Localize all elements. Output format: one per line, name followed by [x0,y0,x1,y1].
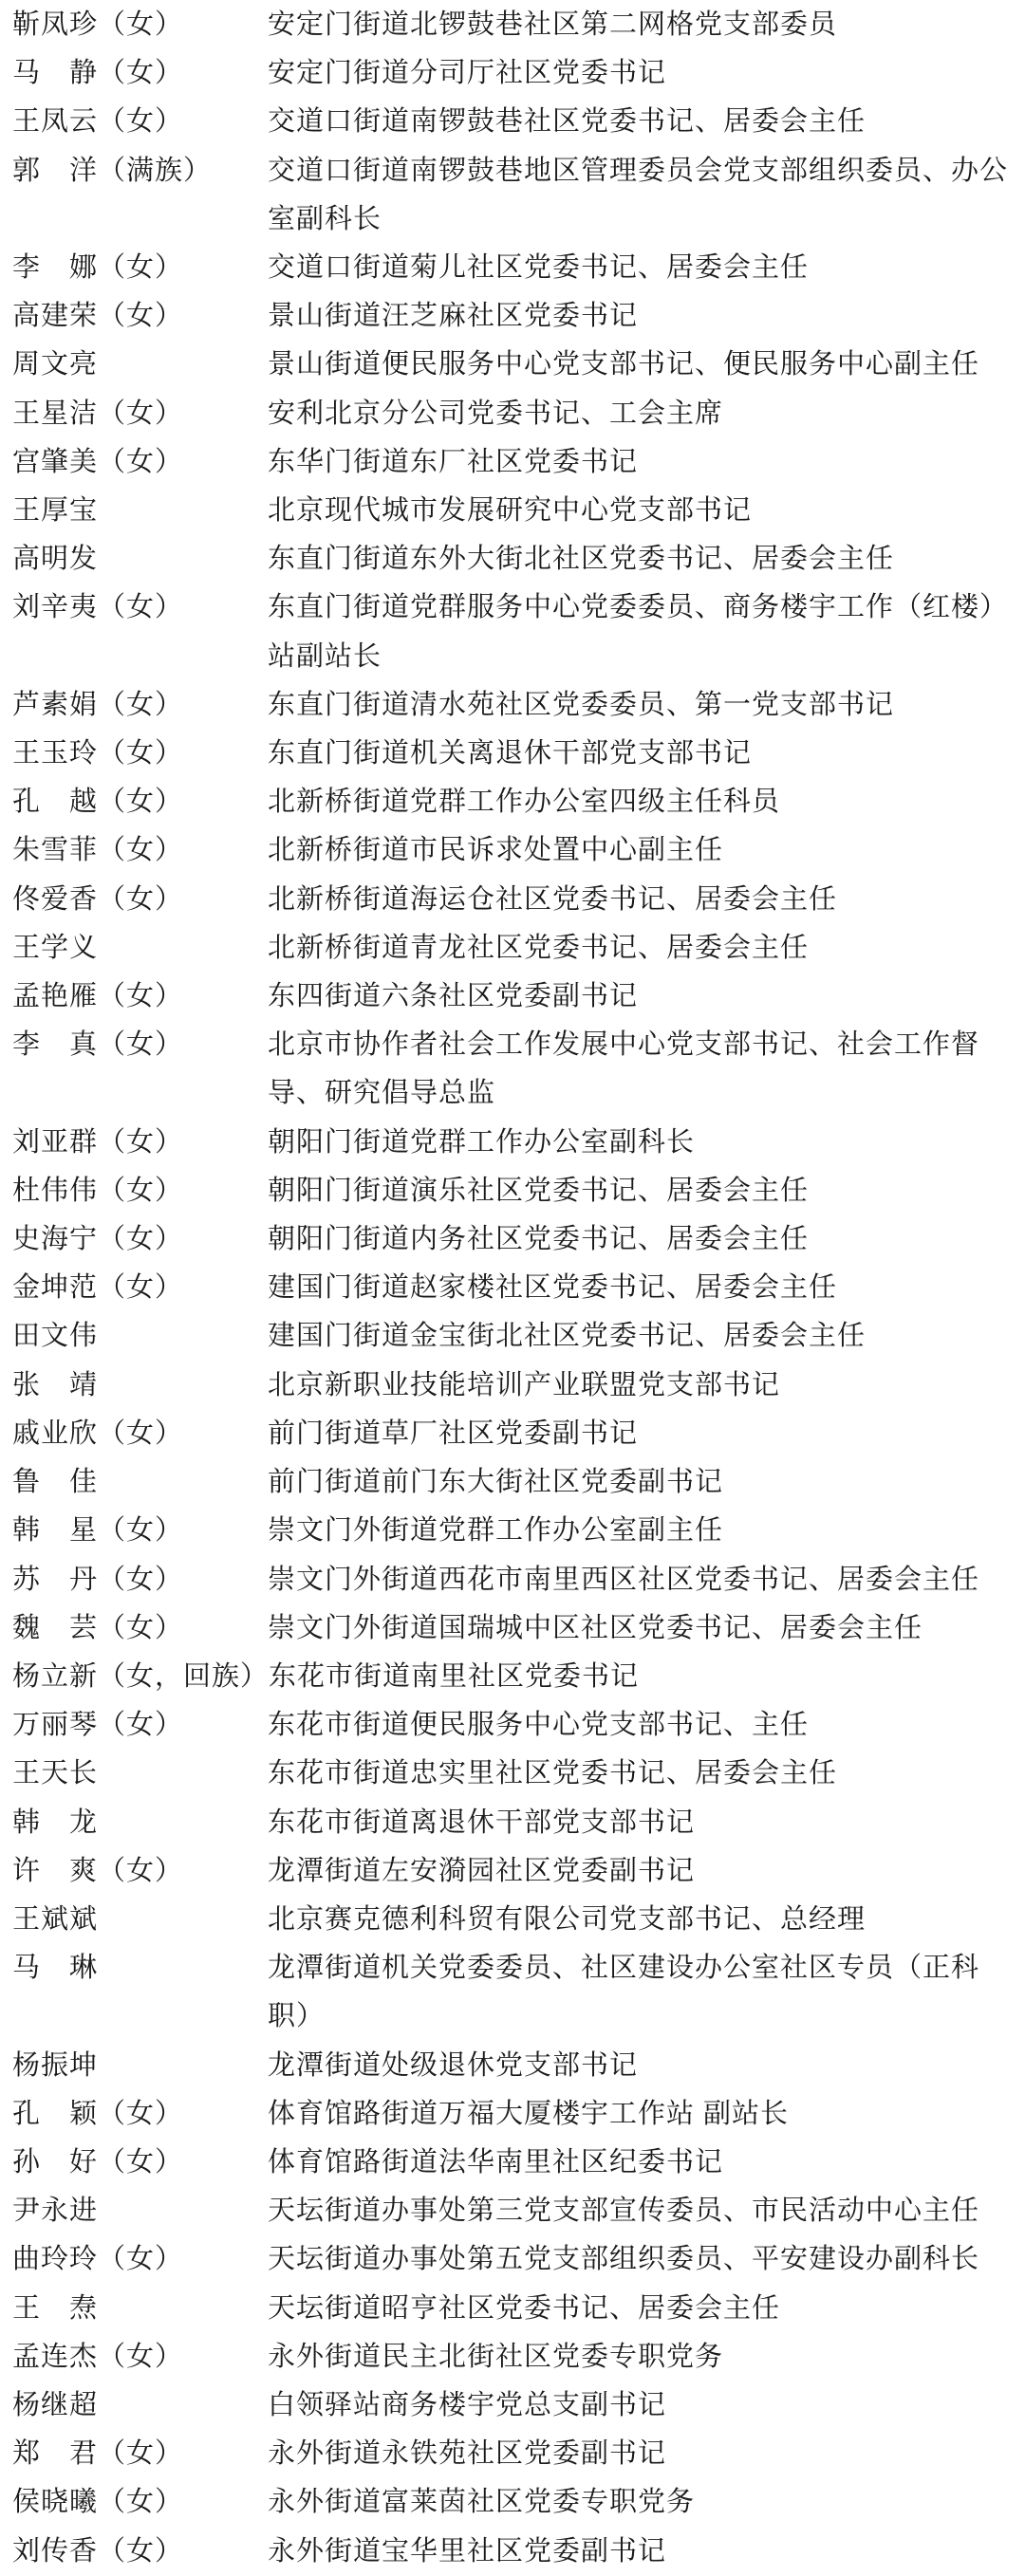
person-name: 王天长 [0,1750,268,1798]
roster-row: 韩 星（女） 崇文门外街道党群工作办公室副主任 [0,1507,1025,1555]
person-position: 北新桥街道青龙社区党委书记、居委会主任 [268,924,1025,973]
person-position: 体育馆路街道万福大厦楼宇工作站 副站长 [268,2090,1025,2139]
person-position: 北京现代城市发展研究中心党支部书记 [268,487,1025,535]
roster-row: 金坤范（女） 建国门街道赵家楼社区党委书记、居委会主任 [0,1264,1025,1312]
person-name: 韩 星（女） [0,1507,268,1555]
roster-row: 刘辛夷（女） 东直门街道党群服务中心党委委员、商务楼宇工作（红楼）站副站长 [0,584,1025,680]
person-name: 刘辛夷（女） [0,584,268,632]
roster-row: 郑 君（女） 永外街道永铁苑社区党委副书记 [0,2430,1025,2478]
person-position: 安定门街道北锣鼓巷社区第二网格党支部委员 [268,1,1025,49]
person-name: 许 爽（女） [0,1847,268,1896]
person-position: 朝阳门街道内务社区党委书记、居委会主任 [268,1215,1025,1264]
person-position: 龙潭街道左安漪园社区党委副书记 [268,1847,1025,1896]
person-name: 高建荣（女） [0,292,268,341]
person-position: 建国门街道金宝街北社区党委书记、居委会主任 [268,1312,1025,1361]
person-name: 孔 越（女） [0,778,268,826]
person-name: 金坤范（女） [0,1264,268,1312]
person-position: 朝阳门街道党群工作办公室副科长 [268,1119,1025,1167]
roster-row: 张 靖 北京新职业技能培训产业联盟党支部书记 [0,1362,1025,1410]
person-name: 魏 芸（女） [0,1604,268,1653]
roster-row: 戚业欣（女） 前门街道草厂社区党委副书记 [0,1410,1025,1458]
person-position: 北新桥街道市民诉求处置中心副主任 [268,826,1025,875]
roster-row: 侯晓曦（女） 永外街道富莱茵社区党委专职党务 [0,2478,1025,2527]
roster-row: 刘亚群（女） 朝阳门街道党群工作办公室副科长 [0,1119,1025,1167]
person-name: 马 琳 [0,1944,268,1992]
roster-row: 王星洁（女） 安利北京分公司党委书记、工会主席 [0,390,1025,438]
person-position: 北新桥街道海运仓社区党委书记、居委会主任 [268,876,1025,924]
person-name: 孙 好（女） [0,2139,268,2187]
person-name: 郑 君（女） [0,2430,268,2478]
roster-row: 田文伟 建国门街道金宝街北社区党委书记、居委会主任 [0,1312,1025,1361]
person-name: 苏 丹（女） [0,1556,268,1604]
person-name: 杜伟伟（女） [0,1167,268,1215]
person-name: 万丽琴（女） [0,1701,268,1750]
roster-row: 马 琳 龙潭街道机关党委委员、社区建设办公室社区专员（正科职） [0,1944,1025,2041]
person-position: 交道口街道菊儿社区党委书记、居委会主任 [268,244,1025,292]
person-position: 前门街道草厂社区党委副书记 [268,1410,1025,1458]
person-position: 永外街道富莱茵社区党委专职党务 [268,2478,1025,2527]
roster-row: 王玉玲（女） 东直门街道机关离退休干部党支部书记 [0,730,1025,778]
person-name: 尹永进 [0,2187,268,2235]
roster-row: 王厚宝 北京现代城市发展研究中心党支部书记 [0,487,1025,535]
person-name: 孟艳雁（女） [0,973,268,1021]
roster-row: 杨立新（女，回族） 东花市街道南里社区党委书记 [0,1653,1025,1701]
person-position: 天坛街道办事处第三党支部宣传委员、市民活动中心主任 [268,2187,1025,2235]
person-position: 崇文门外街道国瑞城中区社区党委书记、居委会主任 [268,1604,1025,1653]
person-position: 建国门街道赵家楼社区党委书记、居委会主任 [268,1264,1025,1312]
person-name: 王厚宝 [0,487,268,535]
person-position: 崇文门外街道西花市南里西区社区党委书记、居委会主任 [268,1556,1025,1604]
person-position: 景山街道便民服务中心党支部书记、便民服务中心副主任 [268,341,1025,389]
roster-row: 许 爽（女） 龙潭街道左安漪园社区党委副书记 [0,1847,1025,1896]
person-position: 东直门街道党群服务中心党委委员、商务楼宇工作（红楼）站副站长 [268,584,1025,680]
roster-row: 曲玲玲（女） 天坛街道办事处第五党支部组织委员、平安建设办副科长 [0,2235,1025,2284]
person-position: 北新桥街道党群工作办公室四级主任科员 [268,778,1025,826]
roster-row: 孟连杰（女） 永外街道民主北街社区党委专职党务 [0,2333,1025,2381]
person-position: 东花市街道忠实里社区党委书记、居委会主任 [268,1750,1025,1798]
person-name: 王学义 [0,924,268,973]
roster-row: 鲁 佳 前门街道前门东大街社区党委副书记 [0,1458,1025,1507]
roster-row: 王 焘 天坛街道昭亨社区党委书记、居委会主任 [0,2285,1025,2333]
roster-row: 孔 颖（女） 体育馆路街道万福大厦楼宇工作站 副站长 [0,2090,1025,2139]
person-name: 芦素娟（女） [0,681,268,730]
roster-row: 宫肇美（女） 东华门街道东厂社区党委书记 [0,438,1025,487]
person-name: 李 娜（女） [0,244,268,292]
person-name: 杨立新（女，回族） [0,1653,269,1701]
person-name: 朱雪菲（女） [0,826,268,875]
roster-list: 靳凤珍（女） 安定门街道北锣鼓巷社区第二网格党支部委员 马 静（女） 安定门街道… [0,1,1025,2576]
roster-row: 杨振坤 龙潭街道处级退休党支部书记 [0,2042,1025,2090]
roster-row: 靳凤珍（女） 安定门街道北锣鼓巷社区第二网格党支部委员 [0,1,1025,49]
person-position: 东直门街道清水苑社区党委委员、第一党支部书记 [268,681,1025,730]
person-name: 王凤云（女） [0,98,268,146]
roster-row: 韩 龙 东花市街道离退休干部党支部书记 [0,1799,1025,1847]
person-position: 东花市街道南里社区党委书记 [269,1653,1025,1701]
person-position: 东华门街道东厂社区党委书记 [268,438,1025,487]
roster-row: 王天长 东花市街道忠实里社区党委书记、居委会主任 [0,1750,1025,1798]
person-name: 孔 颖（女） [0,2090,268,2139]
roster-row: 杨继超 白领驿站商务楼宇党总支副书记 [0,2381,1025,2430]
person-position: 体育馆路街道法华南里社区纪委书记 [268,2139,1025,2187]
roster-row: 王凤云（女） 交道口街道南锣鼓巷社区党委书记、居委会主任 [0,98,1025,146]
roster-row: 尹永进 天坛街道办事处第三党支部宣传委员、市民活动中心主任 [0,2187,1025,2235]
person-position: 永外街道宝华里社区党委副书记 [268,2528,1025,2576]
roster-row: 孟艳雁（女） 东四街道六条社区党委副书记 [0,973,1025,1021]
person-position: 东直门街道东外大街北社区党委书记、居委会主任 [268,535,1025,584]
roster-row: 高明发 东直门街道东外大街北社区党委书记、居委会主任 [0,535,1025,584]
person-position: 交道口街道南锣鼓巷社区党委书记、居委会主任 [268,98,1025,146]
person-name: 王玉玲（女） [0,730,268,778]
roster-row: 佟爱香（女） 北新桥街道海运仓社区党委书记、居委会主任 [0,876,1025,924]
person-position: 安定门街道分司厅社区党委书记 [268,49,1025,98]
roster-row: 郭 洋（满族） 交道口街道南锣鼓巷地区管理委员会党支部组织委员、办公室副科长 [0,147,1025,244]
roster-row: 李 真（女） 北京市协作者社会工作发展中心党支部书记、社会工作督导、研究倡导总监 [0,1021,1025,1118]
person-name: 郭 洋（满族） [0,147,268,195]
person-position: 崇文门外街道党群工作办公室副主任 [268,1507,1025,1555]
person-name: 刘亚群（女） [0,1119,268,1167]
person-name: 王 焘 [0,2285,268,2333]
roster-row: 芦素娟（女） 东直门街道清水苑社区党委委员、第一党支部书记 [0,681,1025,730]
person-position: 龙潭街道机关党委委员、社区建设办公室社区专员（正科职） [268,1944,1025,2041]
person-name: 靳凤珍（女） [0,1,268,49]
person-name: 宫肇美（女） [0,438,268,487]
roster-row: 李 娜（女） 交道口街道菊儿社区党委书记、居委会主任 [0,244,1025,292]
person-name: 刘传香（女） [0,2528,268,2576]
person-position: 北京市协作者社会工作发展中心党支部书记、社会工作督导、研究倡导总监 [268,1021,1025,1118]
roster-row: 史海宁（女） 朝阳门街道内务社区党委书记、居委会主任 [0,1215,1025,1264]
person-name: 鲁 佳 [0,1458,268,1507]
person-position: 永外街道民主北街社区党委专职党务 [268,2333,1025,2381]
person-position: 北京新职业技能培训产业联盟党支部书记 [268,1362,1025,1410]
person-position: 安利北京分公司党委书记、工会主席 [268,390,1025,438]
person-name: 高明发 [0,535,268,584]
person-position: 龙潭街道处级退休党支部书记 [268,2042,1025,2090]
roster-row: 王学义 北新桥街道青龙社区党委书记、居委会主任 [0,924,1025,973]
roster-row: 万丽琴（女） 东花市街道便民服务中心党支部书记、主任 [0,1701,1025,1750]
person-name: 王斌斌 [0,1896,268,1944]
person-name: 周文亮 [0,341,268,389]
roster-row: 周文亮 景山街道便民服务中心党支部书记、便民服务中心副主任 [0,341,1025,389]
person-name: 杨振坤 [0,2042,268,2090]
person-name: 戚业欣（女） [0,1410,268,1458]
person-position: 景山街道汪芝麻社区党委书记 [268,292,1025,341]
person-position: 天坛街道昭亨社区党委书记、居委会主任 [268,2285,1025,2333]
person-name: 佟爱香（女） [0,876,268,924]
roster-row: 刘传香（女） 永外街道宝华里社区党委副书记 [0,2528,1025,2576]
person-position: 东花市街道便民服务中心党支部书记、主任 [268,1701,1025,1750]
person-name: 张 靖 [0,1362,268,1410]
person-name: 王星洁（女） [0,390,268,438]
person-name: 李 真（女） [0,1021,268,1069]
roster-row: 马 静（女） 安定门街道分司厅社区党委书记 [0,49,1025,98]
person-position: 前门街道前门东大街社区党委副书记 [268,1458,1025,1507]
roster-page: 靳凤珍（女） 安定门街道北锣鼓巷社区第二网格党支部委员 马 静（女） 安定门街道… [0,0,1025,2576]
person-position: 永外街道永铁苑社区党委副书记 [268,2430,1025,2478]
roster-row: 孔 越（女） 北新桥街道党群工作办公室四级主任科员 [0,778,1025,826]
roster-row: 王斌斌 北京赛克德利科贸有限公司党支部书记、总经理 [0,1896,1025,1944]
person-name: 杨继超 [0,2381,268,2430]
roster-row: 朱雪菲（女） 北新桥街道市民诉求处置中心副主任 [0,826,1025,875]
person-position: 东花市街道离退休干部党支部书记 [268,1799,1025,1847]
person-name: 田文伟 [0,1312,268,1361]
person-position: 朝阳门街道演乐社区党委书记、居委会主任 [268,1167,1025,1215]
person-position: 北京赛克德利科贸有限公司党支部书记、总经理 [268,1896,1025,1944]
roster-row: 苏 丹（女） 崇文门外街道西花市南里西区社区党委书记、居委会主任 [0,1556,1025,1604]
person-name: 史海宁（女） [0,1215,268,1264]
person-position: 东四街道六条社区党委副书记 [268,973,1025,1021]
person-name: 侯晓曦（女） [0,2478,268,2527]
person-position: 交道口街道南锣鼓巷地区管理委员会党支部组织委员、办公室副科长 [268,147,1025,244]
person-name: 孟连杰（女） [0,2333,268,2381]
person-position: 东直门街道机关离退休干部党支部书记 [268,730,1025,778]
person-position: 白领驿站商务楼宇党总支副书记 [268,2381,1025,2430]
person-position: 天坛街道办事处第五党支部组织委员、平安建设办副科长 [268,2235,1025,2284]
roster-row: 杜伟伟（女） 朝阳门街道演乐社区党委书记、居委会主任 [0,1167,1025,1215]
roster-row: 孙 好（女） 体育馆路街道法华南里社区纪委书记 [0,2139,1025,2187]
person-name: 韩 龙 [0,1799,268,1847]
person-name: 曲玲玲（女） [0,2235,268,2284]
roster-row: 高建荣（女） 景山街道汪芝麻社区党委书记 [0,292,1025,341]
roster-row: 魏 芸（女） 崇文门外街道国瑞城中区社区党委书记、居委会主任 [0,1604,1025,1653]
person-name: 马 静（女） [0,49,268,98]
